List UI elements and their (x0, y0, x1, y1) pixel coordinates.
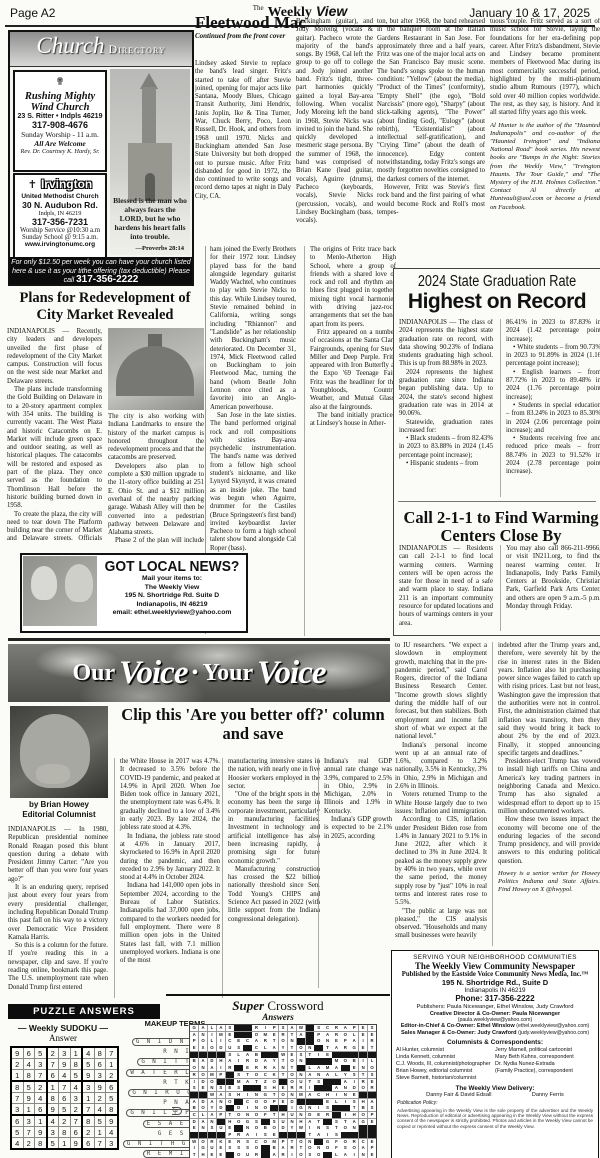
sudoku-answer-grid: 9652314872437985611876459328521743967948… (10, 1046, 119, 1150)
fleetwood-col-2: Buckingham (guitar), and Jody Moreing (v… (296, 18, 373, 240)
byline: by Brian Howey Editorial Columnist (8, 800, 110, 819)
fleetwood-cont-col-2: The origins of Fritz trace back to Menlo… (304, 246, 396, 636)
warming-col-2: You may also call 866-211-9966, or visit… (500, 545, 600, 631)
scripture-reference: —Proverbs 28:14 (136, 245, 184, 252)
church-directory-banner: Church Directory (10, 32, 192, 67)
church-snow-photo: Blessed is the man who always fears the … (110, 69, 190, 255)
paper-name: The Weekly View Community Newspaper (392, 961, 598, 971)
scripture-verse: Blessed is the man who always fears the … (112, 196, 188, 241)
got-news-lines: Mail your items to:The Weekly View195 N.… (98, 575, 246, 618)
church-directory-ad: Church Directory ✟ Rushing Mighty Wind C… (8, 30, 194, 286)
kids-whispering-photo (23, 556, 97, 626)
crossword-answers-label: Answers (166, 1012, 390, 1022)
city-market-col-2: The city is also working with Indiana La… (108, 328, 204, 543)
sudoku-answer-label: Answer (8, 1033, 118, 1043)
rushing-church-ad: ✟ Rushing Mighty Wind Church 23 S. Ritte… (13, 70, 107, 172)
church-listing-offer: For only $12.50 per week you can have yo… (10, 257, 192, 284)
fleetwood-col-3: ton, but after 1968, the band rehearsed … (377, 18, 485, 268)
fleetwood-col-4: tuous couple. Fritz served as a sort of … (490, 18, 600, 270)
opinion-headline: Clip this 'Are you better off?' column a… (112, 706, 394, 743)
article-headline: Plans for Redevelopment of City Market R… (5, 290, 205, 323)
warming-headline: Call 2-1-1 to Find Warming Centers Close… (398, 509, 600, 544)
sudoku-title: — Weekly SUDOKU — (8, 1023, 118, 1033)
publication-policy: Advertising appearing in the Weekly View… (392, 1106, 598, 1130)
section-rule (398, 501, 596, 502)
our-voice-banner: Our Voice • Your Voice (8, 644, 390, 702)
graduation-article-box: 2024 State Graduation Rate Highest on Re… (393, 268, 600, 636)
section-divider (8, 638, 390, 641)
city-market-photo (108, 328, 204, 410)
got-local-news-box: GOT LOCAL NEWS? Mail your items to:The W… (20, 553, 248, 633)
got-news-title: GOT LOCAL NEWS? (104, 558, 240, 575)
city-market-article: Plans for Redevelopment of City Market R… (5, 290, 205, 545)
crossword-rule (166, 994, 390, 996)
graduation-col-1: INDIANAPOLIS — The class of 2024 represe… (399, 319, 493, 497)
graduation-headline-top: 2024 State Graduation Rate (413, 273, 582, 291)
warming-col-1: INDIANAPOLIS — Residents can call 2-1-1 … (399, 545, 493, 631)
howey-col-5: to IU researchers. "We expect a slowdown… (395, 642, 487, 946)
crossword-answer-grid: GALASRIPSAWSCRAPESANIMEOMERTAPAROLEEPOLI… (189, 1024, 377, 1158)
howey-col-4: Indiana's real GDP annual rate change wa… (318, 758, 392, 988)
author-bio: Al Hunter is the author of the "Haunted … (490, 122, 600, 212)
owners-list: Creative Director & Co-Owner: Paula Nice… (392, 1011, 598, 1036)
fleetwood-mac-article: Fleetwood Mac Continued from the front c… (195, 12, 600, 270)
bullet-separator: • (191, 662, 198, 685)
columnists-lists: Al Hunter, columnistLinda Kennett, colum… (392, 1046, 598, 1083)
howey-bio: Howey is a senior writer for Howey Polit… (498, 870, 600, 895)
graduation-headline-main: Highest on Record (394, 290, 600, 314)
cross-icon: ✟ (55, 75, 64, 88)
howey-col-1: INDIANAPOLIS — In 1980, Republican presi… (8, 826, 108, 998)
howey-col-2: the White House in 2017 was 4.7%. It dec… (114, 758, 220, 998)
irvington-church-ad: ✝ Irvington United Methodist Church 30 N… (13, 173, 107, 259)
howey-col-3: manufacturing intensive states in the na… (222, 758, 320, 998)
brian-howey-portrait (10, 706, 108, 798)
howey-col-6: indebted after the Trump years and, ther… (492, 642, 600, 946)
newspaper-page: Page A2 The Weekly View January 10 & 17,… (0, 0, 600, 1158)
fleetwood-col-1: Lindsey asked Stevie to replace the band… (195, 60, 291, 240)
puzzle-answers-header: PUZZLE ANSWERS (8, 1004, 160, 1019)
masthead-box: SERVING YOUR NEIGHBORHOOD COMMUNITIES Th… (391, 950, 599, 1158)
graduation-col-2: 86.41% in 2023 to 87.83% in 2024 (1.42 p… (500, 319, 600, 497)
umc-cross-flame-icon: ✝ (28, 178, 37, 191)
city-market-col-1: INDIANAPOLIS — Recently, city leaders an… (7, 328, 102, 543)
